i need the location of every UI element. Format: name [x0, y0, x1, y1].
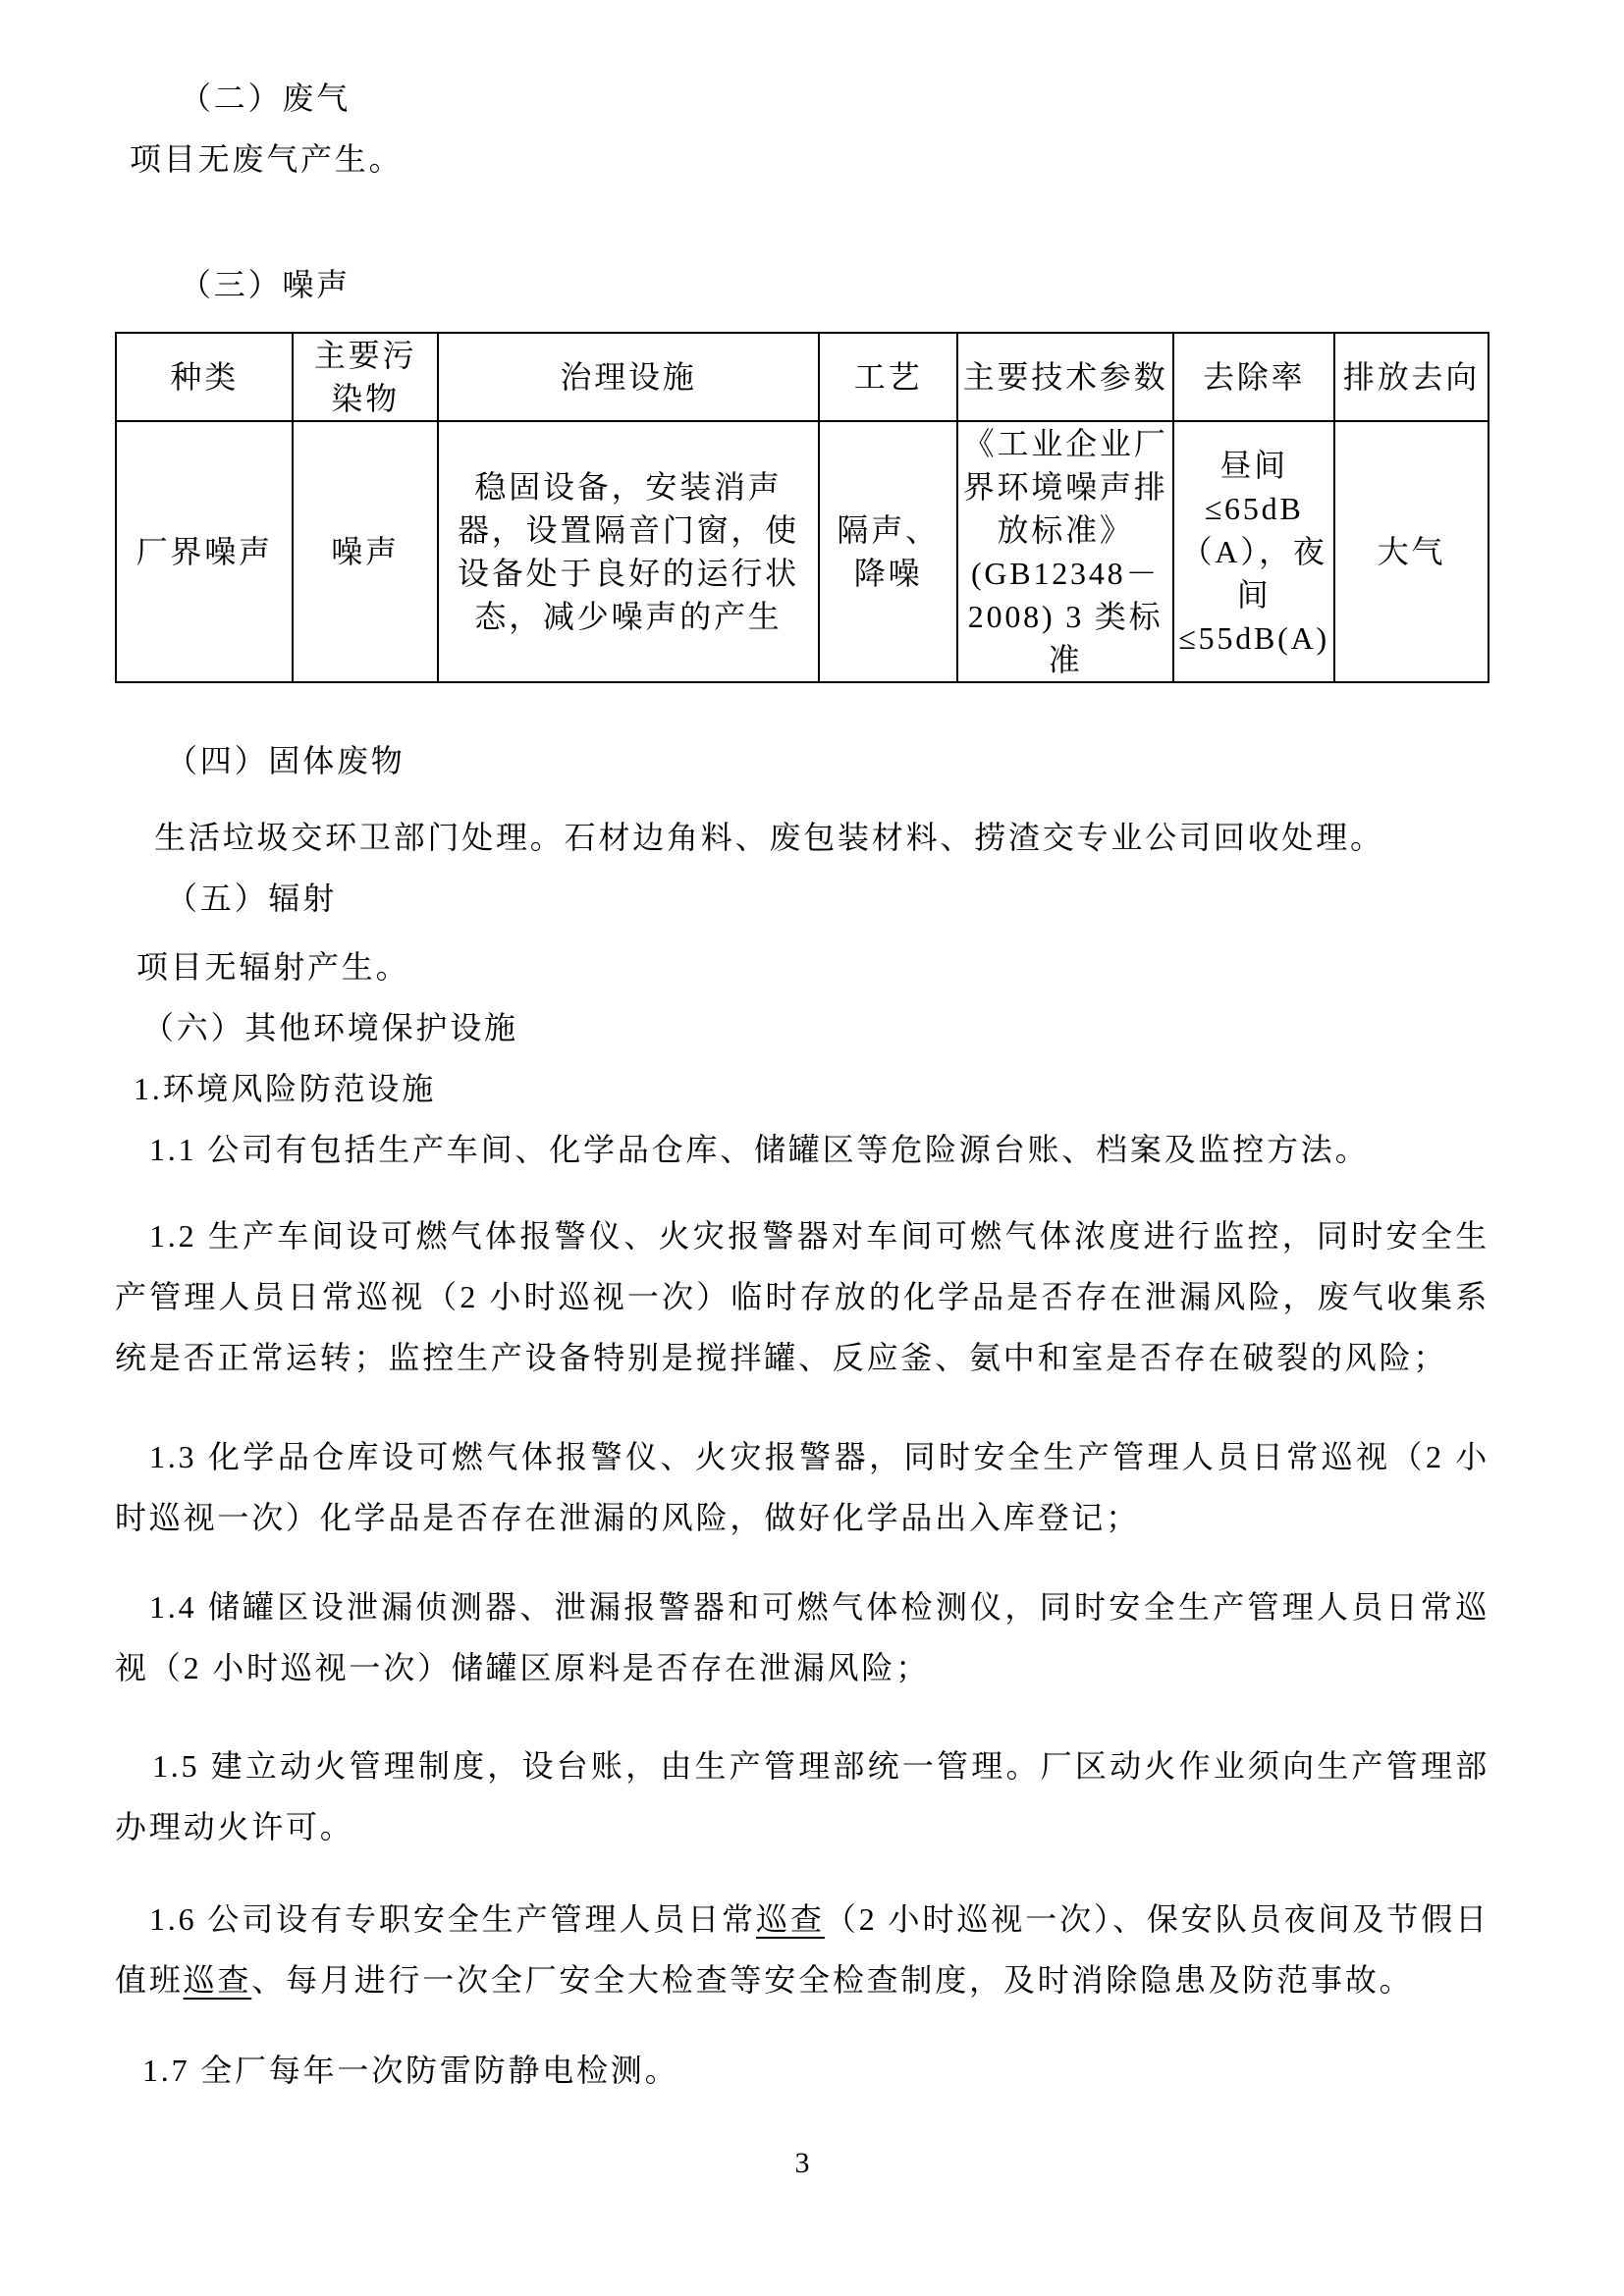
table-header-cell-process: 工艺: [819, 333, 957, 421]
table-cell-type: 厂界噪声: [116, 421, 293, 682]
paragraph-1-1: 1.1 公司有包括生产车间、化学品仓库、储罐区等危险源台账、档案及监控方法。: [115, 1119, 1489, 1180]
table-header-cell-removal-rate: 去除率: [1173, 333, 1334, 421]
paragraph-1-7: 1.7 全厂每年一次防雷防静电检测。: [115, 2040, 1489, 2101]
page-number: 3: [115, 2133, 1489, 2194]
paragraph-1-6: 1.6 公司设有专职安全生产管理人员日常巡查（2 小时巡视一次）、保安队员夜间及…: [115, 1889, 1489, 2010]
paragraph-1-2: 1.2 生产车间设可燃气体报警仪、火灾报警器对车间可燃气体浓度进行监控，同时安全…: [115, 1205, 1489, 1388]
table-cell-process: 隔声、降噪: [819, 421, 957, 682]
solid-waste-body: 生活垃圾交环卫部门处理。石材边角料、废包装材料、捞渣交专业公司回收处理。: [115, 807, 1489, 868]
underlined-text: 巡查: [756, 1901, 825, 1937]
paragraph-1-4: 1.4 储罐区设泄漏侦测器、泄漏报警器和可燃气体检测仪，同时安全生产管理人员日常…: [115, 1576, 1489, 1698]
section-heading-radiation: （五）辐射: [115, 868, 1489, 929]
table-cell-tech-params: 《工业企业厂界环境噪声排放标准》(GB12348－2008) 3 类标准: [957, 421, 1173, 682]
table-cell-treatment: 稳固设备，安装消声器，设置隔音门窗，使设备处于良好的运行状态，减少噪声的产生: [438, 421, 820, 682]
noise-table: 种类 主要污染物 治理设施 工艺 主要技术参数 去除率 排放去向 厂界噪声 噪声…: [115, 332, 1489, 683]
table-header-cell-pollutant: 主要污染物: [293, 333, 437, 421]
waste-gas-body: 项目无废气产生。: [115, 129, 1489, 189]
table-header-cell-type: 种类: [116, 333, 293, 421]
radiation-body: 项目无辐射产生。: [115, 936, 1489, 997]
section-heading-other-facilities: （六）其他环境保护设施: [115, 997, 1489, 1058]
paragraph-1-3: 1.3 化学品仓库设可燃气体报警仪、火灾报警器，同时安全生产管理人员日常巡视（2…: [115, 1426, 1489, 1548]
table-data-row: 厂界噪声 噪声 稳固设备，安装消声器，设置隔音门窗，使设备处于良好的运行状态，减…: [116, 421, 1489, 682]
table-cell-pollutant: 噪声: [293, 421, 437, 682]
paragraph-1-5: 1.5 建立动火管理制度，设台账，由生产管理部统一管理。厂区动火作业须向生产管理…: [115, 1735, 1489, 1857]
table-header-cell-tech-params: 主要技术参数: [957, 333, 1173, 421]
table-header-row: 种类 主要污染物 治理设施 工艺 主要技术参数 去除率 排放去向: [116, 333, 1489, 421]
table-header-cell-treatment: 治理设施: [438, 333, 820, 421]
section-heading-waste-gas: （二）废气: [115, 68, 1489, 129]
document-page: （二）废气 项目无废气产生。 （三）噪声 种类 主要污染物 治理设施 工艺 主要…: [0, 0, 1624, 2296]
table-header-cell-discharge-destination: 排放去向: [1334, 333, 1489, 421]
text-segment: 1.6 公司设有专职安全生产管理人员日常: [149, 1901, 756, 1937]
table-cell-removal-rate: 昼间≤65dB（A），夜间≤55dB(A): [1173, 421, 1334, 682]
text-segment: 、每月进行一次全厂安全大检查等安全检查制度，及时消除隐患及防范事故。: [251, 1962, 1413, 1998]
underlined-text: 巡查: [184, 1962, 252, 1998]
section-heading-solid-waste: （四）固体废物: [115, 730, 1489, 791]
table-cell-discharge-destination: 大气: [1334, 421, 1489, 682]
list-heading-risk-prevention: 1.环境风险防范设施: [115, 1058, 1489, 1119]
section-heading-noise: （三）噪声: [115, 254, 1489, 315]
